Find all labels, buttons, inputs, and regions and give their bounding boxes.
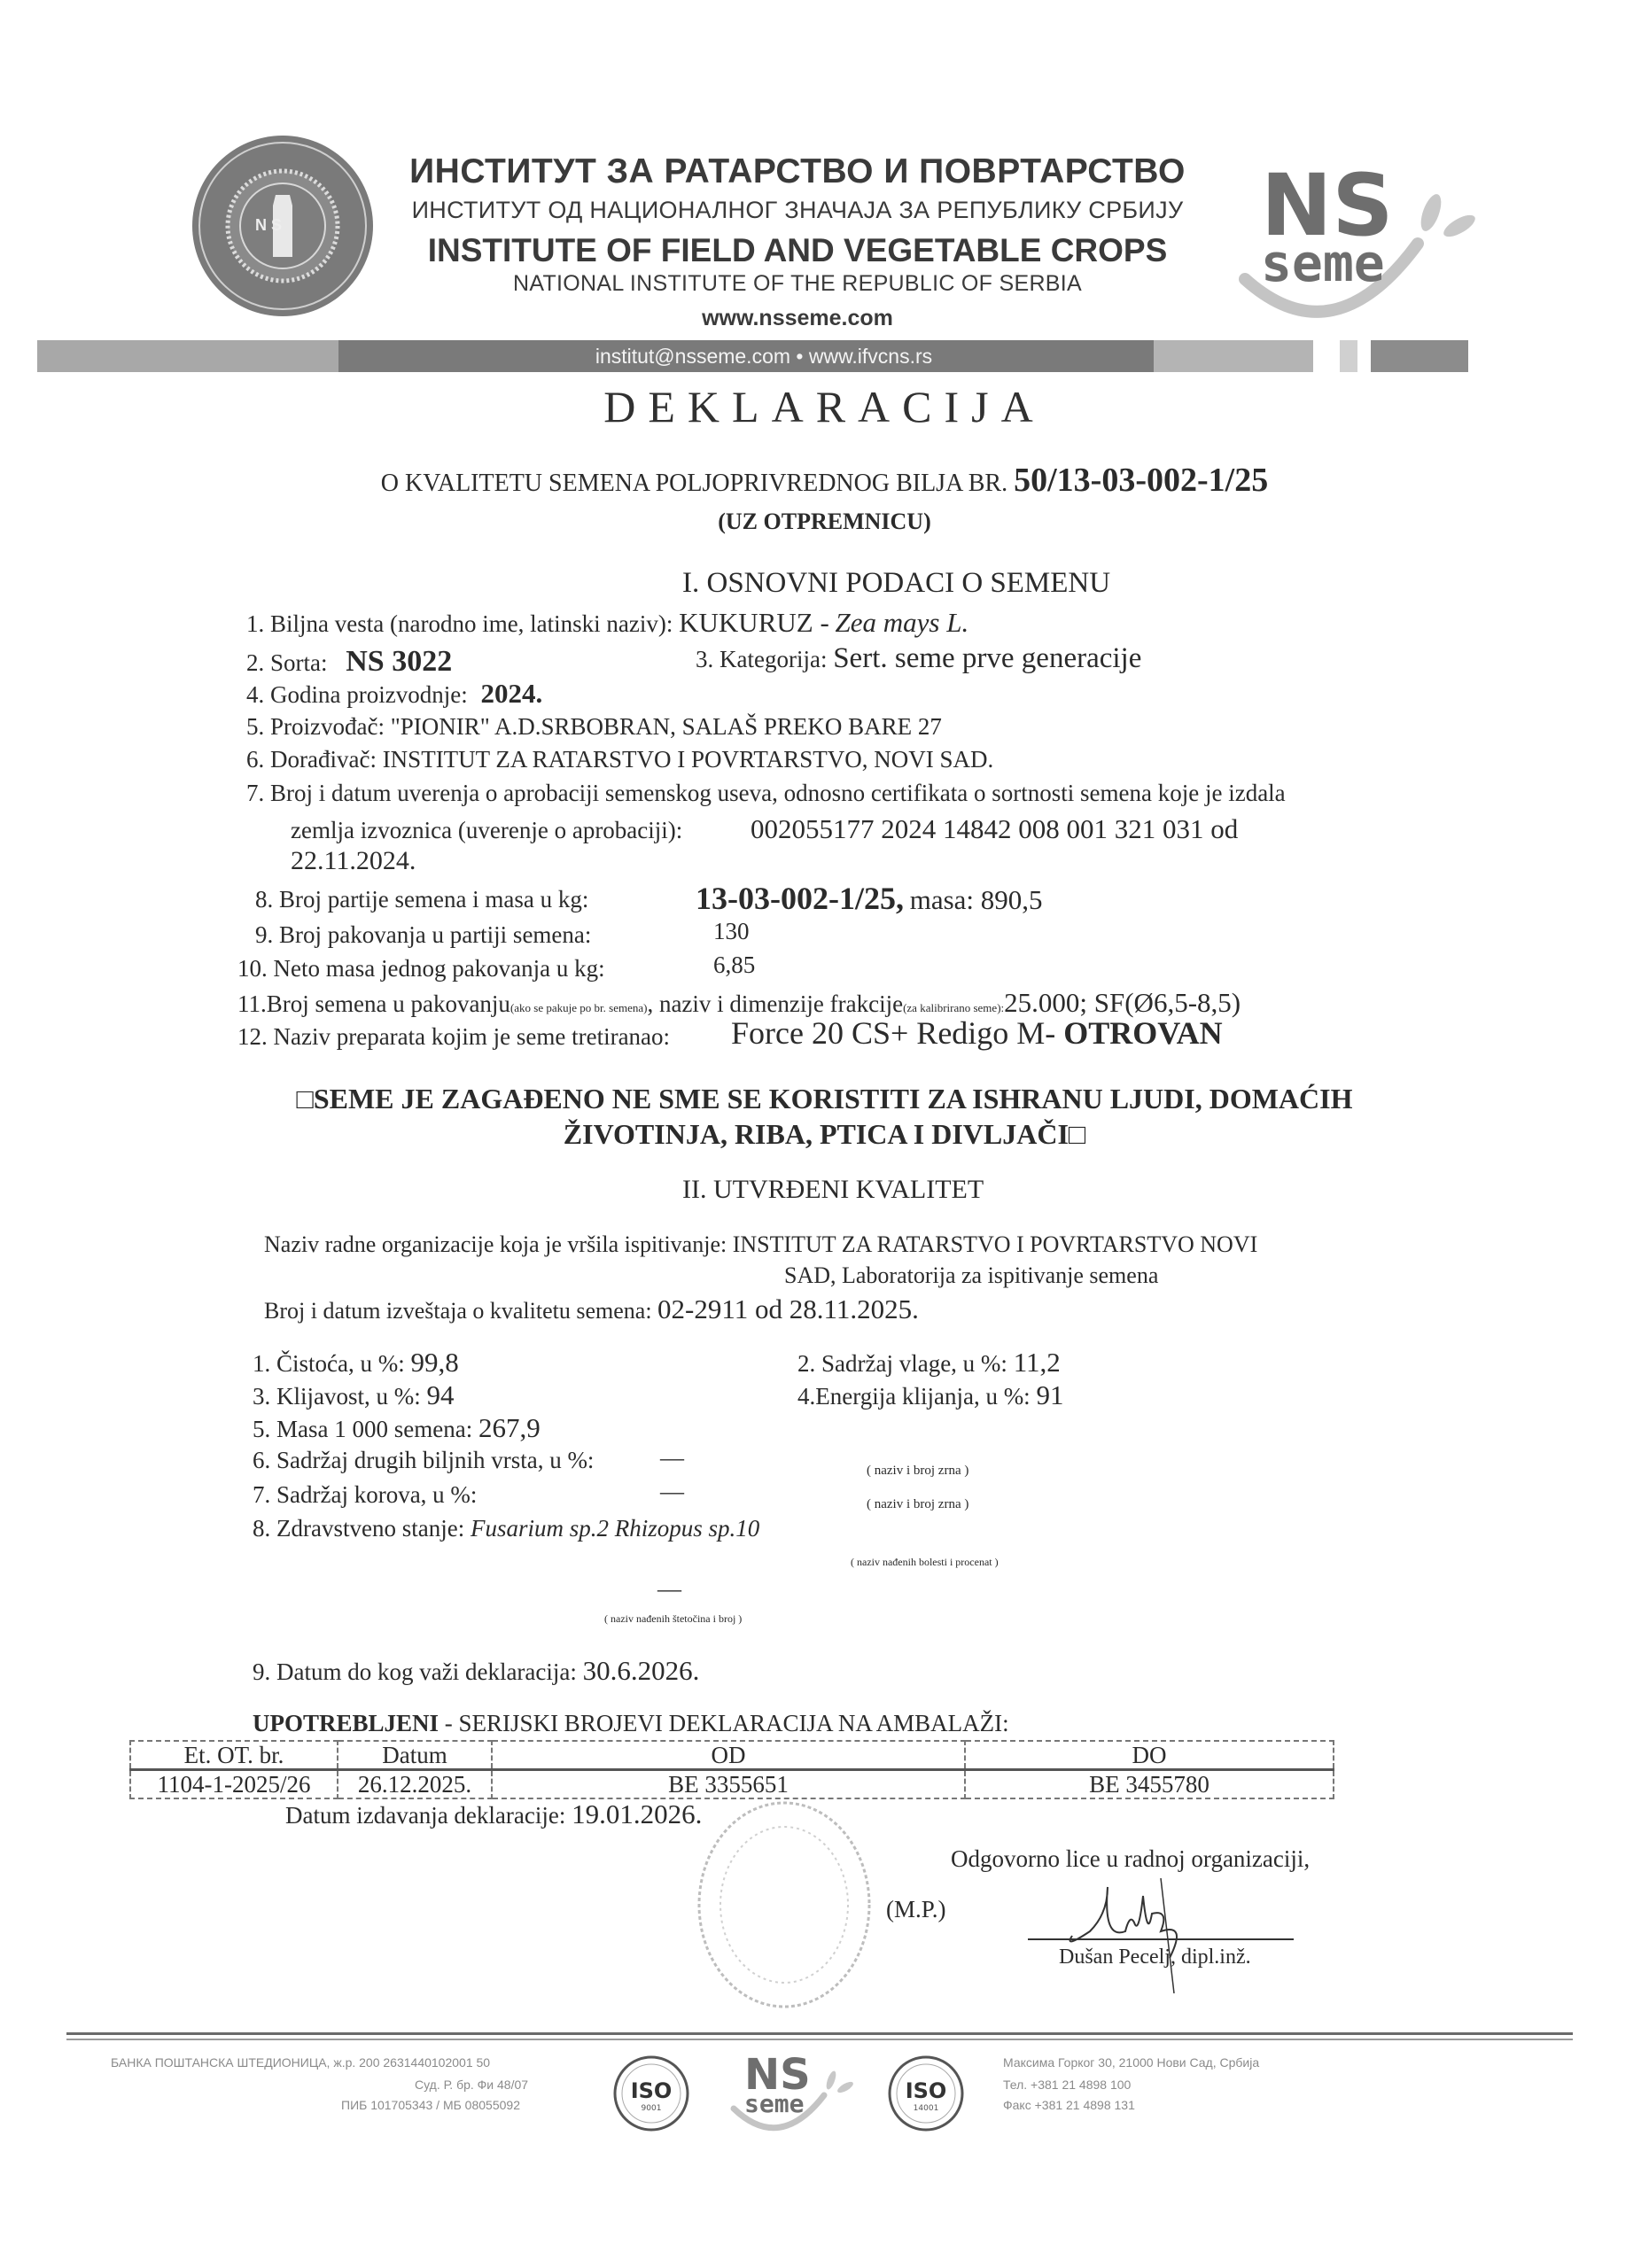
item9-label: 9. Broj pakovanja u partiji semena: bbox=[255, 921, 591, 949]
footer-fax: Факс +381 21 4898 131 bbox=[1003, 2098, 1135, 2112]
q4-label: 4.Energija klijanja, u %: bbox=[797, 1383, 1031, 1410]
item1-row: 1. Biljna vesta (narodno ime, latinski n… bbox=[246, 607, 968, 639]
institute-name-cyrillic: ИНСТИТУТ ЗА РАТАРСТВО И ПОВРТАРСТВО bbox=[390, 152, 1205, 191]
institute-subtitle-english: NATIONAL INSTITUTE OF THE REPUBLIC OF SE… bbox=[390, 271, 1205, 297]
report-value: 02-2911 od 28.11.2025. bbox=[657, 1293, 919, 1324]
col-header-od: OD bbox=[492, 1741, 965, 1770]
item11-mid: , naziv i dimenzije frakcije bbox=[647, 990, 903, 1017]
footer-bank: БАНКА ПОШТАНСКА ШТЕДИОНИЦА, ж.р. 200 263… bbox=[111, 2055, 490, 2070]
signatory-name: Dušan Pecelj, dipl.inž. bbox=[1059, 1946, 1251, 1969]
item7-date: 22.11.2024. bbox=[291, 846, 416, 876]
q5-value: 267,9 bbox=[478, 1412, 541, 1443]
declaration-number: 50/13-03-002-1/25 bbox=[1014, 462, 1268, 499]
item3-value: Sert. seme prve generacije bbox=[833, 642, 1141, 674]
item4-value: 2024. bbox=[480, 678, 542, 709]
item1-value: KUKURUZ - bbox=[679, 607, 829, 638]
col-header-datum: Datum bbox=[338, 1741, 492, 1770]
document-title: DEKLARACIJA bbox=[0, 381, 1649, 432]
q1-label: 1. Čistoća, u %: bbox=[253, 1350, 405, 1377]
item12-poison: OTROVAN bbox=[1063, 1015, 1222, 1051]
institute-subtitle-cyrillic: ИНСТИТУТ ОД НАЦИОНАЛНОГ ЗНАЧАЈА ЗА РЕПУБ… bbox=[390, 197, 1205, 224]
item12-label: 12. Naziv preparata kojim je seme tretir… bbox=[237, 1023, 670, 1051]
subtitle-prefix: O KVALITETU SEMENA POLJOPRIVREDNOG BILJA… bbox=[381, 470, 1007, 497]
footer-court: Суд. Р. бр. Фи 48/07 bbox=[415, 2078, 528, 2092]
svg-text:seme: seme bbox=[1261, 233, 1385, 293]
cell-et-ot: 1104-1-2025/26 bbox=[130, 1770, 338, 1799]
footer-tax: ПИБ 101705343 / МБ 08055092 bbox=[341, 2098, 520, 2112]
item10-label: 10. Neto masa jednog pakovanja u kg: bbox=[237, 955, 605, 983]
item8-values: 13-03-002-1/25, masa: 890,5 bbox=[696, 880, 1043, 917]
ns-seme-leaf-icon: NS seme bbox=[1227, 146, 1493, 332]
q4-row: 4.Energija klijanja, u %: 91 bbox=[797, 1379, 1063, 1411]
q5-row: 5. Masa 1 000 semena: 267,9 bbox=[253, 1412, 541, 1444]
item11-note1: (ako se pakuje po br. semena) bbox=[510, 1001, 648, 1014]
q9-row: 9. Datum do kog važi deklaracija: 30.6.2… bbox=[253, 1655, 699, 1687]
declaration-subtitle: O KVALITETU SEMENA POLJOPRIVREDNOG BILJA… bbox=[0, 461, 1649, 500]
q9-label: 9. Datum do kog važi deklaracija: bbox=[253, 1658, 577, 1685]
q2-value: 11,2 bbox=[1014, 1347, 1061, 1378]
table-row: 1104-1-2025/26 26.12.2025. BE 3355651 BE… bbox=[130, 1770, 1334, 1799]
q2-label: 2. Sadržaj vlage, u %: bbox=[797, 1350, 1007, 1377]
footer-phone: Тел. +381 21 4898 100 bbox=[1003, 2078, 1131, 2092]
q4-value: 91 bbox=[1036, 1379, 1063, 1410]
footer-rule bbox=[66, 2032, 1573, 2035]
signature-line bbox=[1028, 1938, 1294, 1940]
item8-row: 8. Broj partije semena i masa u kg: bbox=[255, 886, 588, 913]
footer-rule-thin bbox=[66, 2039, 1573, 2040]
item3-label: 3. Kategorija: bbox=[696, 646, 827, 672]
warning-line2: ŽIVOTINJA, RIBA, PTICA I DIVLJAČI□ bbox=[0, 1118, 1649, 1151]
section1-heading: I. OSNOVNI PODACI O SEMENU bbox=[682, 567, 1110, 600]
q3-value: 94 bbox=[427, 1379, 455, 1410]
stamp-icon bbox=[696, 1798, 873, 2011]
item7-line1: 7. Broj i datum uverenja o aprobaciji se… bbox=[246, 780, 1286, 807]
section2-heading: II. UTVRĐENI KVALITET bbox=[682, 1175, 984, 1205]
item7-value: 002055177 2024 14842 008 001 321 031 od bbox=[751, 813, 1238, 844]
svg-text:9001: 9001 bbox=[642, 2104, 662, 2113]
item11-value: 25.000; SF(Ø6,5-8,5) bbox=[1004, 987, 1241, 1018]
signature-icon bbox=[1054, 1860, 1214, 1993]
pests-value: — bbox=[657, 1575, 681, 1603]
pests-note: ( naziv nađenih štetočina i broj ) bbox=[604, 1612, 742, 1626]
svg-text:N S: N S bbox=[255, 216, 282, 234]
q6-note: ( naziv i broj zrna ) bbox=[867, 1464, 968, 1479]
footer-address: Максима Горког 30, 21000 Нови Сад, Србиј… bbox=[1003, 2055, 1259, 2070]
org-row: Naziv radne organizacije koja je vršila … bbox=[264, 1231, 1257, 1258]
q8-note: ( naziv nađenih bolesti i procenat ) bbox=[851, 1556, 999, 1569]
iso-9001-icon: ISO 9001 bbox=[611, 2054, 691, 2133]
website-link[interactable]: www.nsseme.com bbox=[390, 306, 1205, 331]
q1-value: 99,8 bbox=[410, 1347, 458, 1378]
item11-note2: (za kalibrirano seme): bbox=[903, 1001, 1004, 1014]
cell-od: BE 3355651 bbox=[492, 1770, 965, 1799]
svg-text:14001: 14001 bbox=[914, 2104, 939, 2113]
serials-heading-bold: UPOTREBLJENI bbox=[253, 1710, 439, 1736]
issue-value: 19.01.2026. bbox=[572, 1798, 702, 1829]
col-header-et-ot: Et. OT. br. bbox=[130, 1741, 338, 1770]
issue-label: Datum izdavanja deklaracije: bbox=[285, 1802, 565, 1829]
q7-label: 7. Sadržaj korova, u %: bbox=[253, 1481, 477, 1509]
item8-mass: masa: 890,5 bbox=[910, 884, 1043, 915]
q6-value: — bbox=[660, 1444, 684, 1472]
report-label: Broj i datum izveštaja o kvalitetu semen… bbox=[264, 1298, 652, 1324]
item7-label: zemlja izvoznica (uverenje o aprobaciji)… bbox=[291, 817, 682, 843]
warning-line1: □SEME JE ZAGAĐENO NE SME SE KORISTITI ZA… bbox=[0, 1083, 1649, 1115]
item12-values: Force 20 CS+ Redigo M- OTROVAN bbox=[731, 1014, 1223, 1052]
q9-value: 30.6.2026. bbox=[583, 1655, 700, 1686]
cell-datum: 26.12.2025. bbox=[338, 1770, 492, 1799]
serials-heading-rest: - SERIJSKI BROJEVI DEKLARACIJA NA AMBALA… bbox=[439, 1710, 1009, 1736]
q3-label: 3. Klijavost, u %: bbox=[253, 1383, 421, 1410]
q8-label: 8. Zdravstveno stanje: bbox=[253, 1515, 464, 1542]
iso-14001-icon: ISO 14001 bbox=[886, 2054, 966, 2133]
cell-do: BE 3455780 bbox=[965, 1770, 1334, 1799]
signature-scribble bbox=[1054, 1860, 1214, 1993]
item2-value: NS 3022 bbox=[346, 645, 452, 678]
q3-row: 3. Klijavost, u %: 94 bbox=[253, 1379, 455, 1411]
item3-row: 3. Kategorija: Sert. seme prve generacij… bbox=[696, 642, 1141, 675]
seal-icon: N S bbox=[190, 133, 376, 319]
item12-value: Force 20 CS+ Redigo M- bbox=[731, 1015, 1055, 1051]
item6-processor: 6. Dorađivač: INSTITUT ZA RATARSTVO I PO… bbox=[246, 746, 993, 773]
item2-row: 2. Sorta: NS 3022 bbox=[246, 645, 452, 679]
item9-value: 130 bbox=[713, 918, 750, 945]
item10-value: 6,85 bbox=[713, 951, 755, 979]
serials-heading: UPOTREBLJENI - SERIJSKI BROJEVI DEKLARAC… bbox=[253, 1710, 1009, 1737]
item4-row: 4. Godina proizvodnje: 2024. bbox=[246, 678, 542, 710]
official-stamp bbox=[696, 1798, 873, 2011]
institute-name-english: INSTITUTE OF FIELD AND VEGETABLE CROPS bbox=[390, 232, 1205, 269]
contact-email-web: institut@nsseme.com • www.ifvcns.rs bbox=[37, 342, 1490, 370]
institute-seal-logo: N S bbox=[190, 133, 376, 319]
q8-row: 8. Zdravstveno stanje: Fusarium sp.2 Rhi… bbox=[253, 1515, 759, 1542]
item11-label: 11.Broj semena u pakovanju bbox=[237, 990, 510, 1017]
col-header-do: DO bbox=[965, 1741, 1334, 1770]
item8-label: 8. Broj partije semena i masa u kg: bbox=[255, 886, 588, 913]
item7-line2: zemlja izvoznica (uverenje o aprobaciji)… bbox=[291, 813, 1238, 845]
svg-text:ISO: ISO bbox=[906, 2078, 947, 2103]
q6-label: 6. Sadržaj drugih biljnih vrsta, u %: bbox=[253, 1447, 594, 1474]
q2-row: 2. Sadržaj vlage, u %: 11,2 bbox=[797, 1347, 1061, 1379]
report-row: Broj i datum izveštaja o kvalitetu semen… bbox=[264, 1293, 919, 1325]
footer-ns-seme-logo: NS seme bbox=[727, 2047, 860, 2140]
iso-9001-badge: ISO 9001 bbox=[611, 2054, 691, 2133]
org-value1: INSTITUT ZA RATARSTVO I POVRTARSTVO NOVI bbox=[733, 1231, 1258, 1257]
q1-row: 1. Čistoća, u %: 99,8 bbox=[253, 1347, 459, 1379]
org-label: Naziv radne organizacije koja je vršila … bbox=[264, 1231, 727, 1257]
q5-label: 5. Masa 1 000 semena: bbox=[253, 1416, 472, 1442]
table-header-row: Et. OT. br. Datum OD DO bbox=[130, 1741, 1334, 1770]
item1-label: 1. Biljna vesta (narodno ime, latinski n… bbox=[246, 610, 673, 637]
q7-note: ( naziv i broj zrna ) bbox=[867, 1497, 968, 1512]
item8-value: 13-03-002-1/25, bbox=[696, 881, 904, 916]
serials-table: Et. OT. br. Datum OD DO 1104-1-2025/26 2… bbox=[129, 1740, 1334, 1799]
item1-latin: Zea mays L. bbox=[836, 607, 969, 638]
svg-text:seme: seme bbox=[744, 2089, 804, 2118]
q8-value: Fusarium sp.2 Rhizopus sp.10 bbox=[471, 1515, 759, 1542]
iso-14001-badge: ISO 14001 bbox=[886, 2054, 966, 2133]
item4-label: 4. Godina proizvodnje: bbox=[246, 681, 468, 708]
mp-label: (M.P.) bbox=[886, 1896, 946, 1923]
issue-date-row: Datum izdavanja deklaracije: 19.01.2026. bbox=[285, 1798, 702, 1830]
uz-otpremnicu: (UZ OTPREMNICU) bbox=[0, 509, 1649, 535]
ns-seme-leaf-icon: NS seme bbox=[727, 2047, 860, 2140]
ns-seme-logo: NS seme bbox=[1227, 146, 1493, 332]
item5-producer: 5. Proizvođač: "PIONIR" A.D.SRBOBRAN, SA… bbox=[246, 713, 942, 741]
q7-value: — bbox=[660, 1478, 684, 1505]
org-value2: SAD, Laboratorija za ispitivanje semena bbox=[784, 1262, 1158, 1289]
item2-label: 2. Sorta: bbox=[246, 649, 328, 676]
svg-text:ISO: ISO bbox=[631, 2078, 673, 2103]
